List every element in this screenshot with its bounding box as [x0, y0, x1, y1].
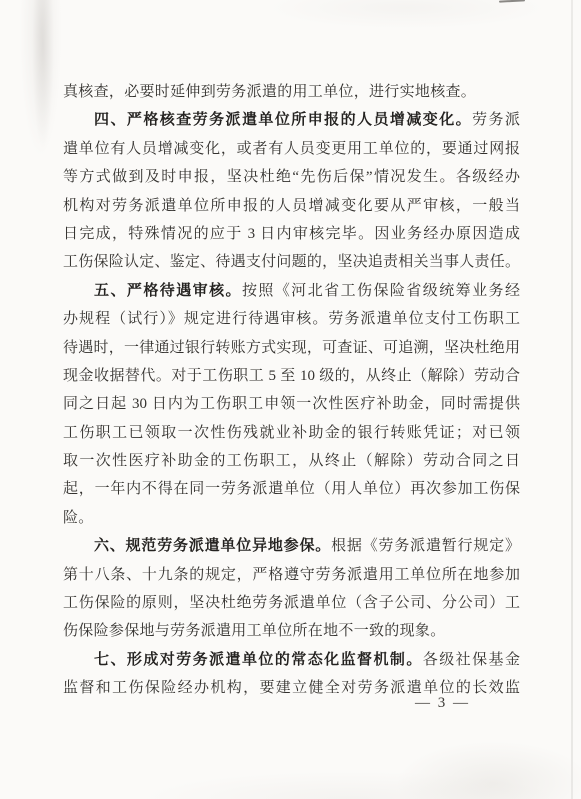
body-text-segment: 第十八条、十九条的规定，严格遵守劳务派遣用工单位所在地参加 [63, 567, 520, 583]
body-text-segment: 取一次性医疗补助金的工伤职工，从终止（解除）劳动合同之日 [63, 453, 520, 469]
text-line: 机构对劳务派遣单位所申报的人员增减变化要从严审核，一般当 [63, 192, 520, 220]
scan-page-edge-line [571, 0, 573, 799]
text-line: 遣单位有人员增减变化，或者有人员变更用工单位的，要通过网报 [63, 135, 520, 163]
body-text-segment: 等方式做到及时申报，坚决杜绝“先伤后保”情况发生。各级经办 [63, 169, 520, 185]
body-text-segment: 按照《河北省工伤保险省级统筹业务经 [242, 283, 520, 299]
body-text-segment: 现金收据替代。对于工伤职工 5 至 10 级的，从终止（解除）劳动合 [63, 368, 520, 384]
body-text-segment: 工伤职工已领取一次性伤残就业补助金的银行转账凭证；对已领 [63, 425, 520, 441]
section-heading-segment: 四、严格核查劳务派遣单位所申报的人员增减变化。 [94, 111, 472, 128]
body-text-segment: 起，一年内不得在同一劳务派遣单位（用人单位）再次参加工伤保 [63, 481, 520, 497]
text-line: 取一次性医疗补助金的工伤职工，从终止（解除）劳动合同之日 [63, 447, 520, 475]
body-text-segment: 劳务派 [472, 112, 520, 128]
body-text-segment: 真核查，必要时延伸到劳务派遣的用工单位，进行实地核查。 [63, 84, 476, 100]
body-text-segment: 机构对劳务派遣单位所申报的人员增减变化要从严审核，一般当 [63, 198, 520, 214]
document-body: 真核查，必要时延伸到劳务派遣的用工单位，进行实地核查。四、严格核查劳务派遣单位所… [63, 78, 520, 703]
scan-streak-top-right [499, 0, 525, 3]
body-text-segment: 监督和工伤保险经办机构，要建立健全对劳务派遣单位的长效监 [63, 680, 520, 696]
body-text-segment: 各级社保基金 [423, 652, 520, 668]
body-text-segment: 工伤保险的原则，坚决杜绝劳务派遣单位（含子公司、分公司）工 [63, 595, 520, 611]
text-line: 工伤保险的原则，坚决杜绝劳务派遣单位（含子公司、分公司）工 [63, 589, 520, 617]
body-text-segment: 同之日起 30 日内为工伤职工申领一次性医疗补助金，同时需提供 [63, 396, 520, 412]
body-text-segment: 待遇时，一律通过银行转账方式实现，可查证、可追溯，坚决杜绝用 [63, 340, 520, 356]
text-line: 办规程（试行）》规定进行待遇审核。劳务派遣单位支付工伤职工 [63, 305, 520, 333]
text-line: 险。 [63, 504, 520, 532]
text-line: 起，一年内不得在同一劳务派遣单位（用人单位）再次参加工伤保 [63, 475, 520, 503]
text-line: 日完成，特殊情况的应于 3 日内审核完毕。因业务经办原因造成 [63, 220, 520, 248]
text-line: 同之日起 30 日内为工伤职工申领一次性医疗补助金，同时需提供 [63, 390, 520, 418]
text-line: 六、规范劳务派遣单位异地参保。根据《劳务派遣暂行规定》 [63, 532, 520, 560]
text-line: 真核查，必要时延伸到劳务派遣的用工单位，进行实地核查。 [63, 78, 520, 106]
text-line: 五、严格待遇审核。按照《河北省工伤保险省级统筹业务经 [63, 277, 520, 305]
body-text-segment: 办规程（试行）》规定进行待遇审核。劳务派遣单位支付工伤职工 [63, 311, 520, 327]
text-line: 等方式做到及时申报，坚决杜绝“先伤后保”情况发生。各级经办 [63, 163, 520, 191]
body-text-segment: 险。 [63, 510, 94, 526]
body-text-segment: 伤保险参保地与劳务派遣用工单位所在地不一致的现象。 [63, 623, 446, 639]
body-text-segment: 根据《劳务派遣暂行规定》 [331, 538, 520, 554]
body-text-segment: 遣单位有人员增减变化，或者有人员变更用工单位的，要通过网报 [63, 141, 520, 157]
text-line: 第十八条、十九条的规定，严格遵守劳务派遣用工单位所在地参加 [63, 561, 520, 589]
text-line: 四、严格核查劳务派遣单位所申报的人员增减变化。劳务派 [63, 106, 520, 134]
text-line: 伤保险参保地与劳务派遣用工单位所在地不一致的现象。 [63, 617, 520, 645]
text-line: 工伤职工已领取一次性伤残就业补助金的银行转账凭证；对已领 [63, 419, 520, 447]
text-line: 七、形成对劳务派遣单位的常态化监督机制。各级社保基金 [63, 646, 520, 674]
text-line: 工伤保险认定、鉴定、待遇支付问题的，坚决追责相关当事人责任。 [63, 248, 520, 276]
text-line: 待遇时，一律通过银行转账方式实现，可查证、可追溯，坚决杜绝用 [63, 334, 520, 362]
body-text-segment: 日完成，特殊情况的应于 3 日内审核完毕。因业务经办原因造成 [63, 226, 520, 242]
section-heading-segment: 七、形成对劳务派遣单位的常态化监督机制。 [94, 651, 423, 668]
scan-smudge-top-left [32, 0, 54, 150]
page-number: — 3 — [415, 695, 470, 712]
text-line: 现金收据替代。对于工伤职工 5 至 10 级的，从终止（解除）劳动合 [63, 362, 520, 390]
section-heading-segment: 六、规范劳务派遣单位异地参保。 [94, 537, 331, 554]
body-text-segment: 工伤保险认定、鉴定、待遇支付问题的，坚决追责相关当事人责任。 [63, 254, 520, 270]
section-heading-segment: 五、严格待遇审核。 [94, 282, 242, 299]
